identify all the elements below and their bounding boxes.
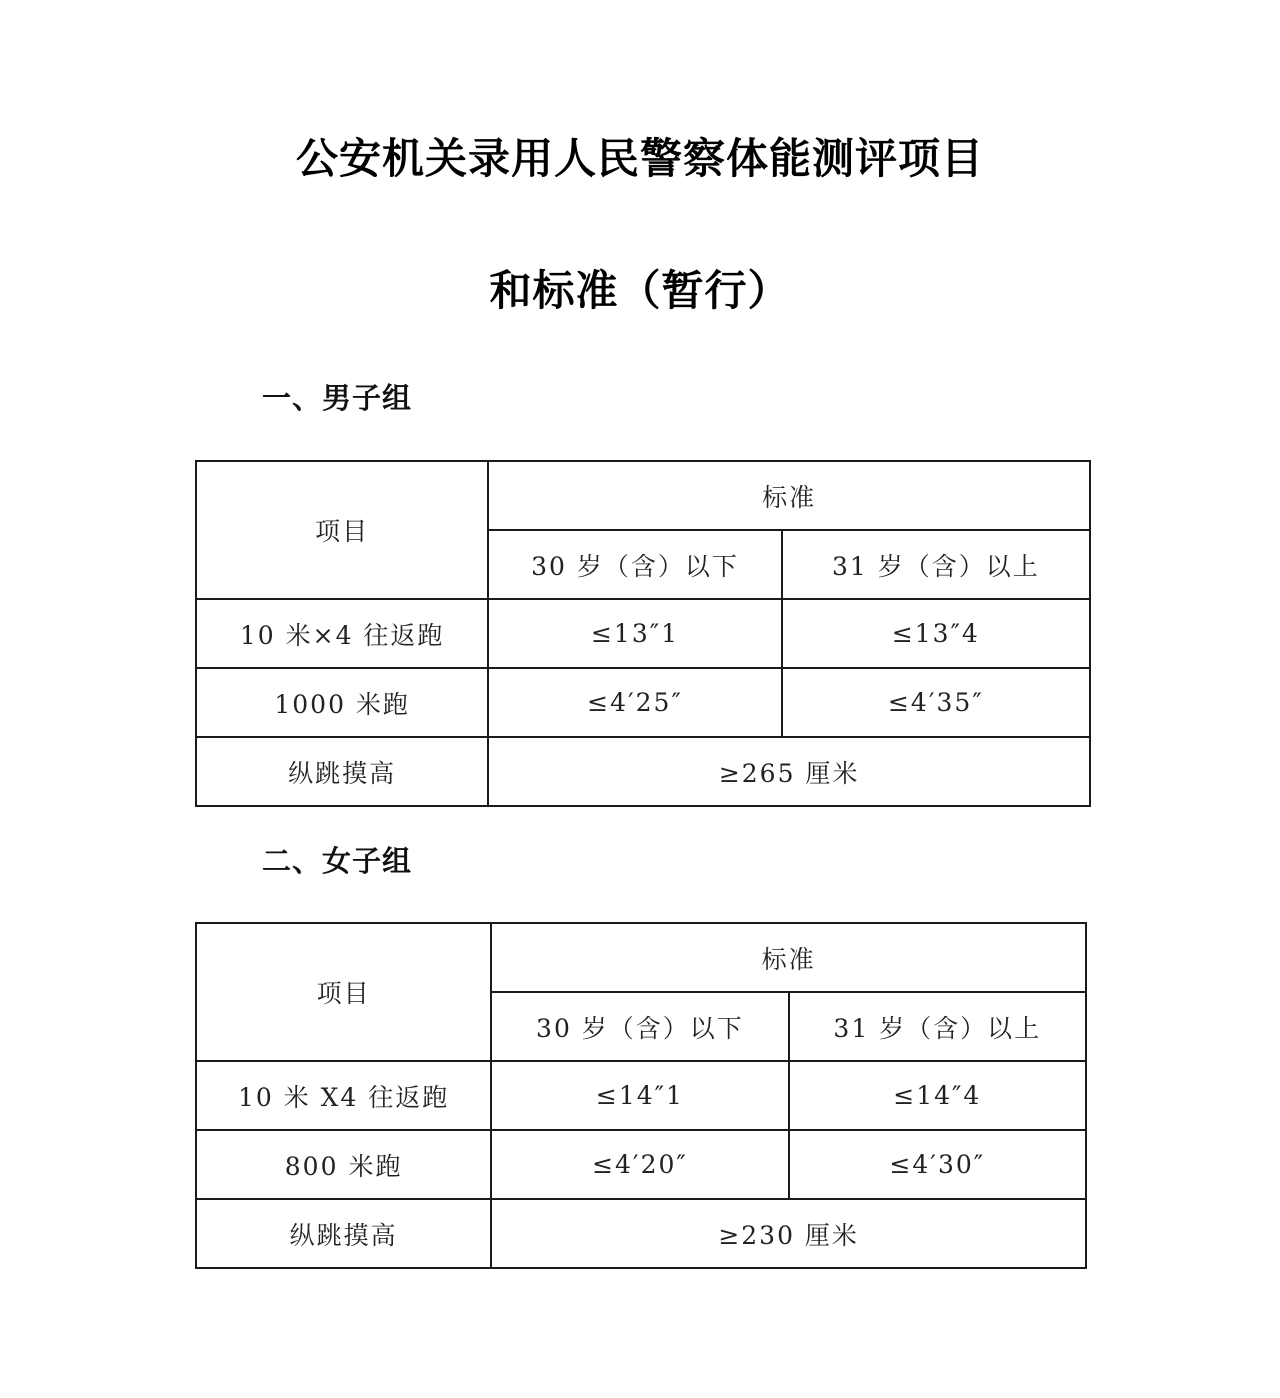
row-merged-value: ≥265 厘米 xyxy=(488,737,1090,806)
table-row: 纵跳摸高 ≥230 厘米 xyxy=(196,1199,1086,1268)
male-standards-table: 项目 标准 30 岁（含）以下 31 岁（含）以上 10 米×4 往返跑 ≤13… xyxy=(195,460,1091,807)
header-item: 项目 xyxy=(196,923,491,1061)
row-item: 10 米 X4 往返跑 xyxy=(196,1061,491,1130)
header-age-31-above: 31 岁（含）以上 xyxy=(789,992,1086,1061)
row-item: 10 米×4 往返跑 xyxy=(196,599,488,668)
document-title-line-2: 和标准（暂行） xyxy=(0,258,1280,318)
table-row: 纵跳摸高 ≥265 厘米 xyxy=(196,737,1090,806)
row-item: 纵跳摸高 xyxy=(196,1199,491,1268)
section-heading-female: 二、女子组 xyxy=(262,839,412,880)
header-age-30-below: 30 岁（含）以下 xyxy=(491,992,788,1061)
header-standard: 标准 xyxy=(488,461,1090,530)
document-title-line-1: 公安机关录用人民警察体能测评项目 xyxy=(0,126,1280,186)
female-standards-table: 项目 标准 30 岁（含）以下 31 岁（含）以上 10 米 X4 往返跑 ≤1… xyxy=(195,922,1087,1269)
header-item: 项目 xyxy=(196,461,488,599)
header-age-30-below: 30 岁（含）以下 xyxy=(488,530,781,599)
row-value: ≤14″4 xyxy=(789,1061,1086,1130)
row-merged-value: ≥230 厘米 xyxy=(491,1199,1086,1268)
row-value: ≤4′35″ xyxy=(782,668,1090,737)
row-value: ≤13″4 xyxy=(782,599,1090,668)
row-value: ≤4′30″ xyxy=(789,1130,1086,1199)
table-row: 1000 米跑 ≤4′25″ ≤4′35″ xyxy=(196,668,1090,737)
row-value: ≤14″1 xyxy=(491,1061,788,1130)
header-age-31-above: 31 岁（含）以上 xyxy=(782,530,1090,599)
table-row: 10 米×4 往返跑 ≤13″1 ≤13″4 xyxy=(196,599,1090,668)
row-value: ≤4′20″ xyxy=(491,1130,788,1199)
row-value: ≤13″1 xyxy=(488,599,781,668)
row-item: 1000 米跑 xyxy=(196,668,488,737)
header-standard: 标准 xyxy=(491,923,1086,992)
table-row: 10 米 X4 往返跑 ≤14″1 ≤14″4 xyxy=(196,1061,1086,1130)
row-item: 800 米跑 xyxy=(196,1130,491,1199)
row-item: 纵跳摸高 xyxy=(196,737,488,806)
section-heading-male: 一、男子组 xyxy=(262,376,412,417)
row-value: ≤4′25″ xyxy=(488,668,781,737)
table-row: 800 米跑 ≤4′20″ ≤4′30″ xyxy=(196,1130,1086,1199)
